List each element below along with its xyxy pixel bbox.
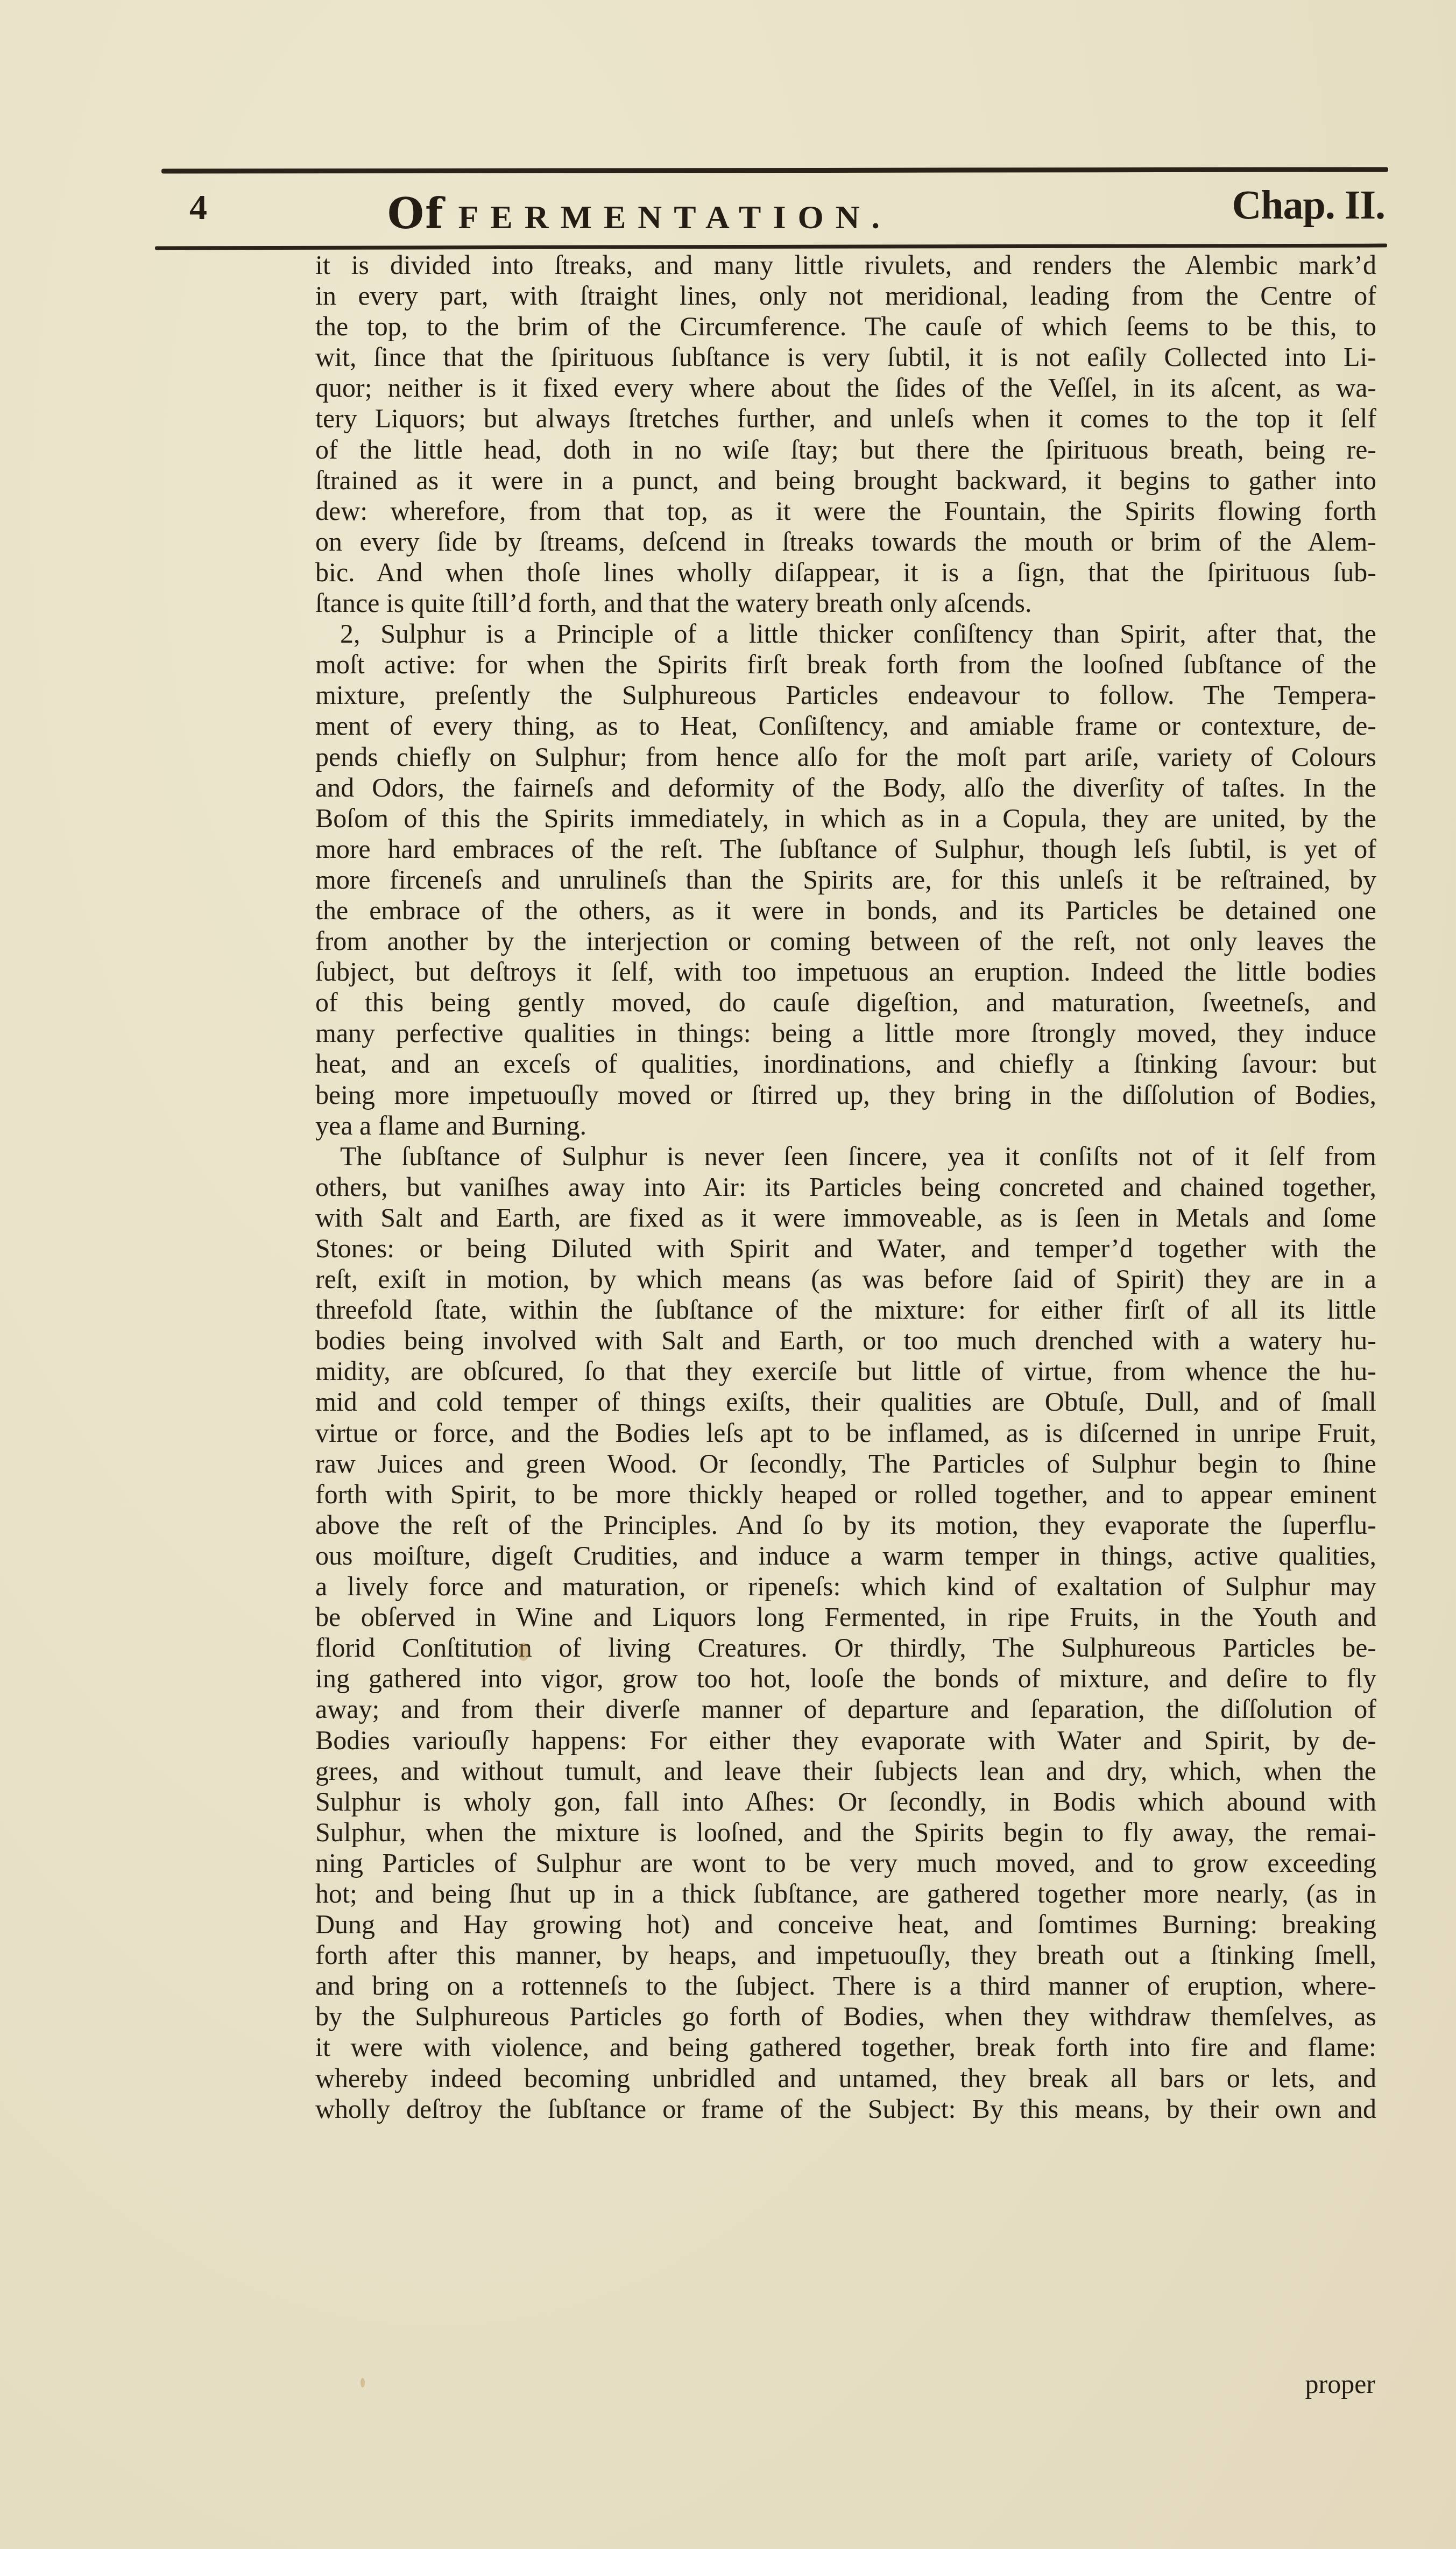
text-line: on every ſide by ſtreams, deſcend in ſtr…	[315, 526, 1376, 557]
text-line: reſt, exiſt in motion, by which means (a…	[315, 1264, 1376, 1294]
text-line: by the Sulphureous Particles go forth of…	[315, 2001, 1376, 2032]
text-line: ning Particles of Sulphur are wont to be…	[315, 1848, 1376, 1878]
header-rule-top	[161, 167, 1388, 173]
text-line: in every part, with ſtraight lines, only…	[315, 280, 1376, 311]
text-line: forth with Spirit, to be more thickly he…	[315, 1479, 1376, 1510]
text-line: threefold ſtate, within the ſubſtance of…	[315, 1294, 1376, 1325]
text-line: pends chiefly on Sulphur; from hence alſ…	[315, 742, 1376, 772]
running-head: 4 OfFERMENTATION. Chap. II.	[161, 178, 1388, 242]
header-rule-bottom	[155, 244, 1387, 250]
text-line: yea a flame and Burning.	[315, 1110, 1376, 1141]
text-line: midity, are obſcured, ſo that they exerc…	[315, 1356, 1376, 1386]
text-line: being more impetuouſly moved or ſtirred …	[315, 1080, 1376, 1110]
text-line: the embrace of the others, as it were in…	[315, 895, 1376, 926]
text-line: ment of every thing, as to Heat, Conſiſt…	[315, 710, 1376, 741]
text-line: mid and cold temper of things exiſts, th…	[315, 1386, 1376, 1417]
text-line: with Salt and Earth, are fixed as it wer…	[315, 1202, 1376, 1233]
text-line: wholly deſtroy the ſubſtance or frame of…	[315, 2094, 1376, 2124]
text-line: it were with violence, and being gathere…	[315, 2032, 1376, 2062]
text-line: ſtance is quite ſtill’d forth, and that …	[315, 588, 1376, 618]
text-line: a lively force and maturation, or ripene…	[315, 1571, 1376, 1602]
running-title-prefix: Of	[387, 189, 444, 238]
text-line: Sulphur, when the mixture is looſned, an…	[315, 1817, 1376, 1848]
text-line: Bodies variouſly happens: For either the…	[315, 1725, 1376, 1756]
text-line: of the little head, doth in no wiſe ſtay…	[315, 434, 1376, 465]
text-line: bic. And when thoſe lines wholly diſappe…	[315, 557, 1376, 588]
running-title-main: FERMENTATION.	[458, 199, 892, 236]
text-line: florid Conſtitution of living Creatures.…	[315, 1632, 1376, 1663]
text-line: Sulphur is wholy gon, fall into Aſhes: O…	[315, 1786, 1376, 1817]
text-line: more hard embraces of the reſt. The ſubſ…	[315, 834, 1376, 864]
text-line: ing gathered into vigor, grow too hot, l…	[315, 1663, 1376, 1694]
text-line: be obſerved in Wine and Liquors long Fer…	[315, 1602, 1376, 1632]
text-line: 2, Sulphur is a Principle of a little th…	[315, 618, 1376, 649]
text-line: quor; neither is it fixed every where ab…	[315, 372, 1376, 403]
text-line: ſubject, but deſtroys it ſelf, with too …	[315, 956, 1376, 987]
text-line: grees, and without tumult, and leave the…	[315, 1756, 1376, 1786]
text-line: tery Liquors; but always ſtretches furth…	[315, 403, 1376, 434]
text-line: hot; and being ſhut up in a thick ſubſta…	[315, 1878, 1376, 1909]
text-line: others, but vaniſhes away into Air: its …	[315, 1172, 1376, 1202]
foxing-spot	[361, 2378, 365, 2388]
text-line: above the reſt of the Principles. And ſo…	[315, 1510, 1376, 1540]
text-line: dew: wherefore, from that top, as it wer…	[315, 496, 1376, 526]
body-text: it is divided into ſtreaks, and many lit…	[315, 250, 1376, 2124]
text-line: mixture, preſently the Sulphureous Parti…	[315, 680, 1376, 710]
text-line: ſtrained as it were in a punct, and bein…	[315, 465, 1376, 496]
text-line: and bring on a rottenneſs to the ſubject…	[315, 1970, 1376, 2001]
text-line: of this being gently moved, do cauſe dig…	[315, 987, 1376, 1018]
page-number: 4	[189, 187, 207, 228]
text-line: and Odors, the fairneſs and deformity of…	[315, 772, 1376, 803]
text-line: forth after this manner, by heaps, and i…	[315, 1940, 1376, 1970]
text-line: heat, and an exceſs of qualities, inordi…	[315, 1048, 1376, 1079]
text-line: many perfective qualities in things: bei…	[315, 1018, 1376, 1048]
text-line: raw Juices and green Wood. Or ſecondly, …	[315, 1448, 1376, 1479]
text-line: moſt active: for when the Spirits firſt …	[315, 649, 1376, 680]
text-line: the top, to the brim of the Circumferenc…	[315, 311, 1376, 342]
text-line: Boſom of this the Spirits immediately, i…	[315, 803, 1376, 834]
foxing-spot	[518, 1643, 529, 1661]
book-page: 4 OfFERMENTATION. Chap. II. it is divide…	[0, 0, 1456, 2549]
chapter-label: Chap. II.	[1232, 182, 1385, 229]
text-line: Dung and Hay growing hot) and conceive h…	[315, 1909, 1376, 1940]
text-line: wit, ſince that the ſpirituous ſubſtance…	[315, 342, 1376, 372]
text-line: more firceneſs and unrulineſs than the S…	[315, 864, 1376, 895]
catchword: proper	[1305, 2368, 1376, 2399]
text-line: Stones: or being Diluted with Spirit and…	[315, 1233, 1376, 1264]
text-line: it is divided into ſtreaks, and many lit…	[315, 250, 1376, 280]
text-line: virtue or force, and the Bodies leſs apt…	[315, 1418, 1376, 1448]
text-line: ous moiſture, digeſt Crudities, and indu…	[315, 1540, 1376, 1571]
running-title: OfFERMENTATION.	[387, 189, 892, 238]
text-line: The ſubſtance of Sulphur is never ſeen ſ…	[315, 1141, 1376, 1172]
text-line: from another by the interjection or comi…	[315, 926, 1376, 956]
text-line: bodies being involved with Salt and Eart…	[315, 1325, 1376, 1356]
text-line: whereby indeed becoming unbridled and un…	[315, 2063, 1376, 2094]
text-line: away; and from their diverſe manner of d…	[315, 1694, 1376, 1724]
